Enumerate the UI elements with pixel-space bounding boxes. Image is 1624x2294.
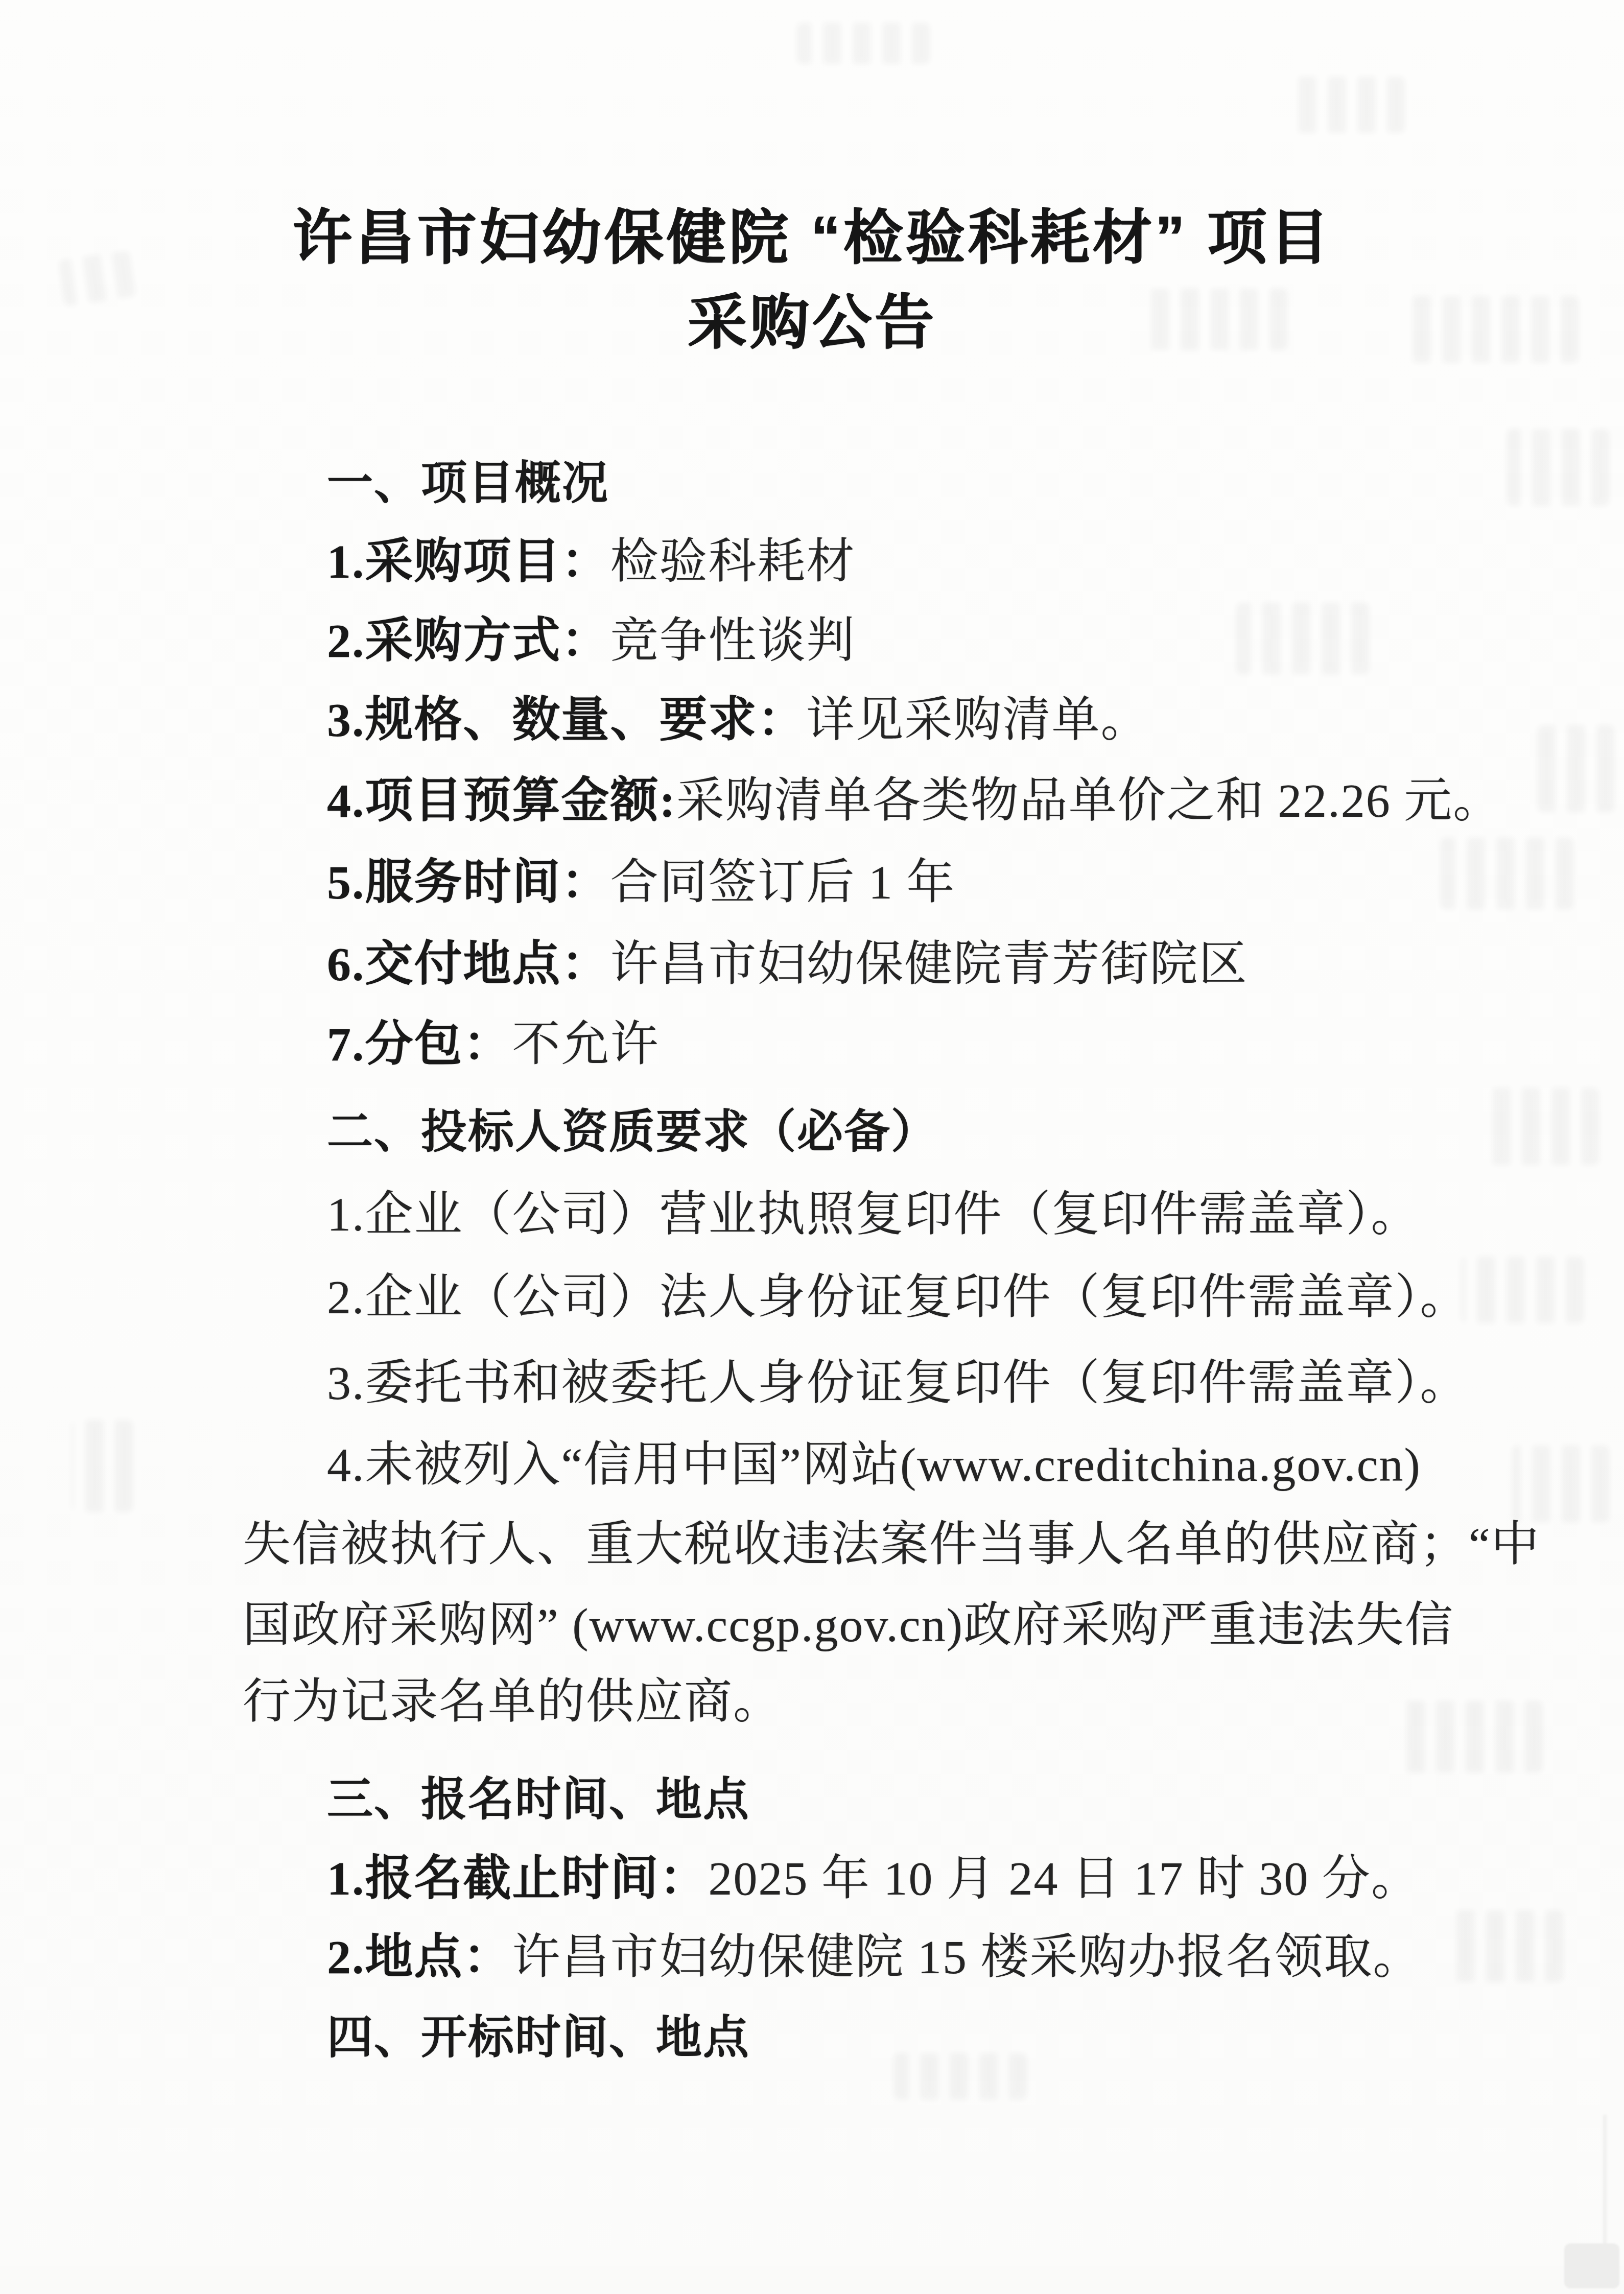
item-value: 检验科耗材 — [610, 535, 856, 588]
document-title-line-1: 许昌市妇幼保健院 “检验科耗材” 项目 — [0, 195, 1624, 280]
qualification-credit-china-cont-1: 失信被执行人、重大税收违法案件当事人名单的供应商；“中 — [243, 1514, 1540, 1575]
item-value: 详见采购清单。 — [807, 694, 1150, 747]
item-registration-location: 2.地点：许昌市妇幼保健院 15 楼采购办报名领取。 — [327, 1927, 1422, 1988]
item-spec-quantity-requirements: 3.规格、数量、要求：详见采购清单。 — [327, 690, 1150, 751]
qualification-credit-china: 4.未被列入“信用中国”网站(www.creditchina.gov.cn) — [327, 1434, 1421, 1496]
item-value: 许昌市妇幼保健院青芳街院区 — [610, 938, 1248, 991]
line-text: 1.企业（公司）营业执照复印件（复印件需盖章）。 — [327, 1188, 1420, 1241]
item-procurement-project: 1.采购项目：检验科耗材 — [327, 531, 856, 593]
line-text: 行为记录名单的供应商。 — [243, 1675, 782, 1729]
qualification-legal-person-id: 2.企业（公司）法人身份证复印件（复印件需盖章）。 — [327, 1267, 1469, 1328]
item-registration-deadline: 1.报名截止时间：2025 年 10 月 24 日 17 时 30 分。 — [327, 1848, 1420, 1909]
section-heading-bidder-qualifications: 二、投标人资质要求（必备） — [327, 1101, 938, 1163]
heading-text: 三、报名时间、地点 — [327, 1774, 750, 1825]
document-title-line-2: 采购公告 — [0, 280, 1624, 365]
qualification-business-license: 1.企业（公司）营业执照复印件（复印件需盖章）。 — [327, 1184, 1420, 1245]
line-text: 国政府采购网” (www.ccgp.gov.cn)政府采购严重违法失信 — [243, 1599, 1454, 1652]
item-label: 7.分包： — [327, 1018, 512, 1071]
item-procurement-method: 2.采购方式：竞争性谈判 — [327, 610, 856, 672]
item-label: 1.报名截止时间： — [327, 1852, 709, 1905]
item-label: 2.地点： — [327, 1931, 512, 1984]
item-label: 2.采购方式： — [327, 614, 610, 668]
item-value: 竞争性谈判 — [610, 614, 856, 668]
item-label: 6.交付地点： — [327, 938, 610, 991]
item-delivery-location: 6.交付地点：许昌市妇幼保健院青芳街院区 — [327, 934, 1248, 995]
item-value: 不允许 — [512, 1018, 660, 1071]
scanned-page: 许昌市妇幼保健院 “检验科耗材” 项目 采购公告 一、项目概况 1.采购项目：检… — [0, 0, 1624, 2294]
section-heading-registration-time-place: 三、报名时间、地点 — [327, 1768, 750, 1830]
item-value: 合同签订后 1 年 — [610, 856, 956, 909]
section-heading-project-overview: 一、项目概况 — [327, 452, 609, 514]
line-text: 3.委托书和被委托人身份证复印件（复印件需盖章）。 — [327, 1357, 1469, 1410]
section-heading-bid-opening: 四、开标时间、地点 — [327, 2006, 750, 2068]
item-value: 2025 年 10 月 24 日 17 时 30 分。 — [709, 1852, 1421, 1905]
item-budget-amount: 4.项目预算金额:采购清单各类物品单价之和 22.26 元。 — [327, 770, 1502, 832]
item-service-period: 5.服务时间：合同签订后 1 年 — [327, 852, 956, 913]
qualification-credit-china-cont-2: 国政府采购网” (www.ccgp.gov.cn)政府采购严重违法失信 — [243, 1595, 1454, 1656]
line-text: 2.企业（公司）法人身份证复印件（复印件需盖章）。 — [327, 1271, 1469, 1324]
heading-text: 四、开标时间、地点 — [327, 2012, 750, 2063]
qualification-authorization-letter: 3.委托书和被委托人身份证复印件（复印件需盖章）。 — [327, 1353, 1469, 1414]
document-title: 许昌市妇幼保健院 “检验科耗材” 项目 采购公告 — [0, 195, 1624, 365]
line-text: 失信被执行人、重大税收违法案件当事人名单的供应商；“中 — [243, 1518, 1540, 1571]
item-label: 5.服务时间： — [327, 856, 610, 909]
item-subcontracting: 7.分包：不允许 — [327, 1014, 660, 1075]
item-label: 4.项目预算金额: — [327, 774, 676, 827]
item-value: 采购清单各类物品单价之和 22.26 元。 — [676, 774, 1502, 827]
item-value: 许昌市妇幼保健院 15 楼采购办报名领取。 — [512, 1931, 1422, 1984]
heading-text: 二、投标人资质要求（必备） — [327, 1106, 938, 1157]
qualification-credit-china-cont-3: 行为记录名单的供应商。 — [243, 1671, 782, 1733]
item-label: 1.采购项目： — [327, 535, 610, 588]
item-label: 3.规格、数量、要求： — [327, 694, 807, 747]
heading-text: 一、项目概况 — [327, 458, 609, 509]
document-body: 许昌市妇幼保健院 “检验科耗材” 项目 采购公告 一、项目概况 1.采购项目：检… — [0, 0, 1624, 2294]
line-text: 4.未被列入“信用中国”网站(www.creditchina.gov.cn) — [327, 1438, 1421, 1492]
